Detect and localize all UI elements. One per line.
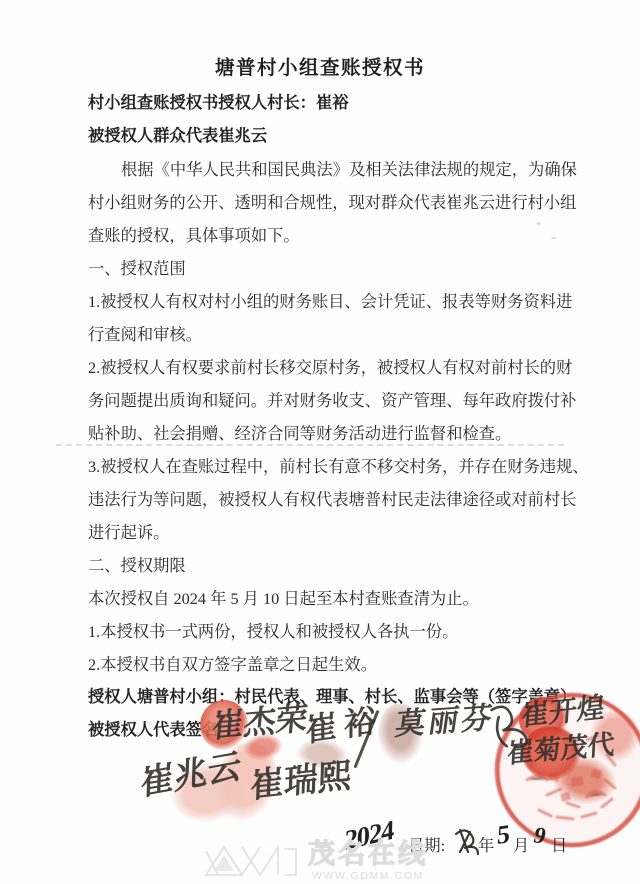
watermark-brand: 茂名在线 [308, 841, 428, 868]
document-line: 二、授权期限 [88, 549, 580, 582]
scan-speck [536, 222, 541, 225]
document-line: 违法行为等问题，被授权人有权代表塘普村民走法律途径或对前村长 [88, 483, 580, 516]
site-watermark: 茂名在线 WWW.GDMM.COM [204, 841, 428, 882]
handwritten-month: 5 [497, 819, 511, 851]
document-title: 塘普村小组查账授权书 [0, 52, 640, 80]
document-line: 务问题提出质询和疑问。并对财务收支、资产管理、每年政府拨付补 [88, 384, 580, 417]
scanned-document-page: 塘普村小组查账授权书 村小组查账授权书授权人村长：崔裕被授权人群众代表崔兆云根据… [0, 0, 640, 884]
document-line: 2.被授权人有权要求前村长移交原村务，被授权人有权对前村长的财 [88, 351, 580, 384]
document-line: 进行起诉。 [88, 516, 580, 549]
document-line: 3.被授权人在查账过程中，前村长有意不移交村务，并存在财务违规、 [88, 450, 580, 483]
watermark-logo-icon [204, 841, 300, 881]
signature-handwritten: 莫丽芬 [393, 692, 498, 743]
scan-speck [551, 237, 557, 239]
date-day-unit: 日 [551, 832, 567, 856]
signature-handwritten: 崔杰荣 [210, 693, 310, 748]
document-line: 本次授权自 2024 年 5 月 10 日起至本村查账查清为止。 [88, 582, 580, 615]
document-line: 一、授权范围 [88, 252, 580, 285]
document-line: 行查阅和审核。 [88, 318, 580, 351]
document-body: 村小组查账授权书授权人村长：崔裕被授权人群众代表崔兆云根据《中华人民共和国民典法… [88, 87, 580, 747]
document-line: 1.本授权书一式两份，授权人和被授权人各执一份。 [88, 615, 580, 648]
document-line: 村小组财务的公开、透明和合规性，现对群众代表崔兆云进行村小组 [88, 186, 580, 219]
date-scribble-mark [452, 826, 480, 856]
document-line: 根据《中华人民共和国民典法》及相关法律法规的规定，为确保 [88, 153, 580, 186]
watermark-url: WWW.GDMM.COM [312, 870, 424, 882]
date-month-unit: 月 [513, 832, 529, 856]
document-line: 1.被授权人有权对村小组的财务账目、会计凭证、报表等财务资料进 [88, 285, 580, 318]
paper-crease-line [56, 444, 564, 446]
document-line: 村小组查账授权书授权人村长：崔裕 [88, 87, 580, 120]
document-line: 查账的授权，具体事项如下。 [88, 219, 580, 252]
date-year-unit: 年 [478, 832, 494, 856]
document-line: 被授权人群众代表崔兆云 [88, 120, 580, 153]
signature-handwritten: 崔瑞熙 [249, 747, 352, 807]
document-line: 2.本授权书自双方签字盖章之日起生效。 [88, 648, 580, 681]
